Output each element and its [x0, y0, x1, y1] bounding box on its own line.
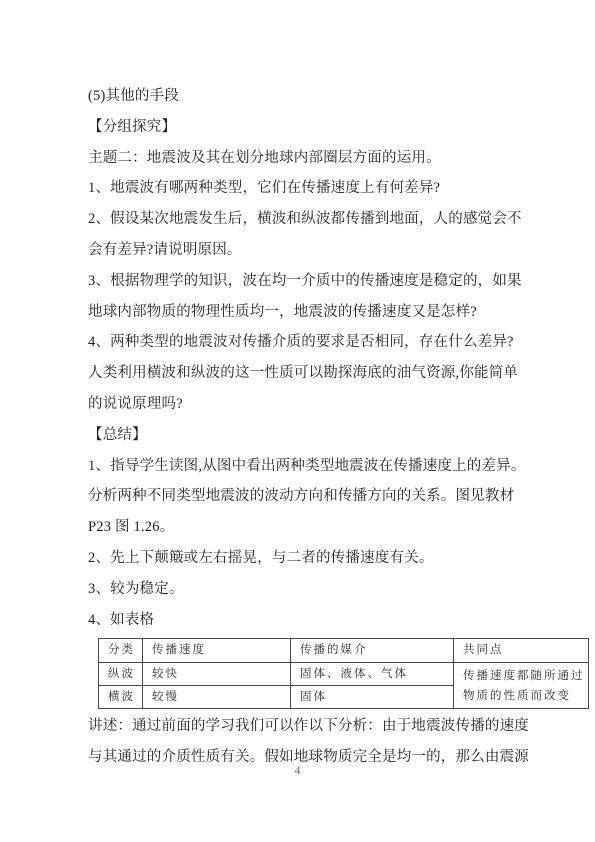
seismic-wave-table: 分类 传播速度 传播的媒介 共同点 纵波 较快 固体、液体、气体 传播速度都随所… — [98, 638, 589, 709]
document-body: (5)其他的手段 【分组探究】 主题二：地震波及其在划分地球内部圈层方面的运用。… — [88, 81, 518, 773]
table-row-p-wave: 纵波 较快 固体、液体、气体 传播速度都随所通过物质的性质而改变 — [99, 663, 589, 686]
cell-p-wave-medium: 固体、液体、气体 — [291, 663, 454, 686]
table-header-category: 分类 — [99, 639, 143, 663]
line-topic-2: 主题二：地震波及其在划分地球内部圈层方面的运用。 — [88, 143, 518, 174]
table-header-medium: 传播的媒介 — [291, 639, 454, 663]
heading-summary: 【总结】 — [88, 420, 518, 451]
question-4-line-1: 4、两种类型的地震波对传播介质的要求是否相同，存在什么差异? — [88, 327, 518, 358]
question-4-line-3: 的说说原理吗? — [88, 389, 518, 420]
table-header-common: 共同点 — [454, 639, 589, 663]
summary-3: 3、较为稳定。 — [88, 574, 518, 605]
cell-s-wave-category: 横波 — [99, 686, 143, 709]
line-other-methods: (5)其他的手段 — [88, 81, 518, 112]
question-2-line-2: 会有差异?请说明原因。 — [88, 235, 518, 266]
heading-group-inquiry: 【分组探究】 — [88, 112, 518, 143]
summary-4-table-intro: 4、如表格 — [88, 605, 518, 636]
lecture-line-1: 讲述：通过前面的学习我们可以作以下分析：由于地震波传播的速度 — [88, 711, 518, 742]
summary-1-line-2: 分析两种不同类型地震波的波动方向和传播方向的关系。图见教材 — [88, 481, 518, 512]
cell-s-wave-speed: 较慢 — [143, 686, 291, 709]
cell-s-wave-medium: 固体 — [291, 686, 454, 709]
summary-2: 2、先上下颠簸或左右摇晃，与二者的传播速度有关。 — [88, 543, 518, 574]
question-1: 1、地震波有哪两种类型，它们在传播速度上有何差异? — [88, 173, 518, 204]
table-header-row: 分类 传播速度 传播的媒介 共同点 — [99, 639, 589, 663]
question-3-line-1: 3、根据物理学的知识，波在均一介质中的传播速度是稳定的，如果 — [88, 266, 518, 297]
question-2-line-1: 2、假设某次地震发生后，横波和纵波都传播到地面，人的感觉会不 — [88, 204, 518, 235]
question-3-line-2: 地球内部物质的物理性质均一，地震波的传播速度又是怎样? — [88, 297, 518, 328]
table-header-speed: 传播速度 — [143, 639, 291, 663]
cell-p-wave-category: 纵波 — [99, 663, 143, 686]
summary-1-line-1: 1、指导学生读图,从图中看出两种类型地震波在传播速度上的差异。 — [88, 451, 518, 482]
cell-common-point: 传播速度都随所通过物质的性质而改变 — [454, 663, 589, 709]
page-number: 4 — [0, 763, 595, 778]
question-4-line-2: 人类利用横波和纵波的这一性质可以勘探海底的油气资源,你能简单 — [88, 358, 518, 389]
summary-1-line-3: P23 图 1.26。 — [88, 512, 518, 543]
document-page: (5)其他的手段 【分组探究】 主题二：地震波及其在划分地球内部圈层方面的运用。… — [0, 0, 595, 842]
cell-p-wave-speed: 较快 — [143, 663, 291, 686]
